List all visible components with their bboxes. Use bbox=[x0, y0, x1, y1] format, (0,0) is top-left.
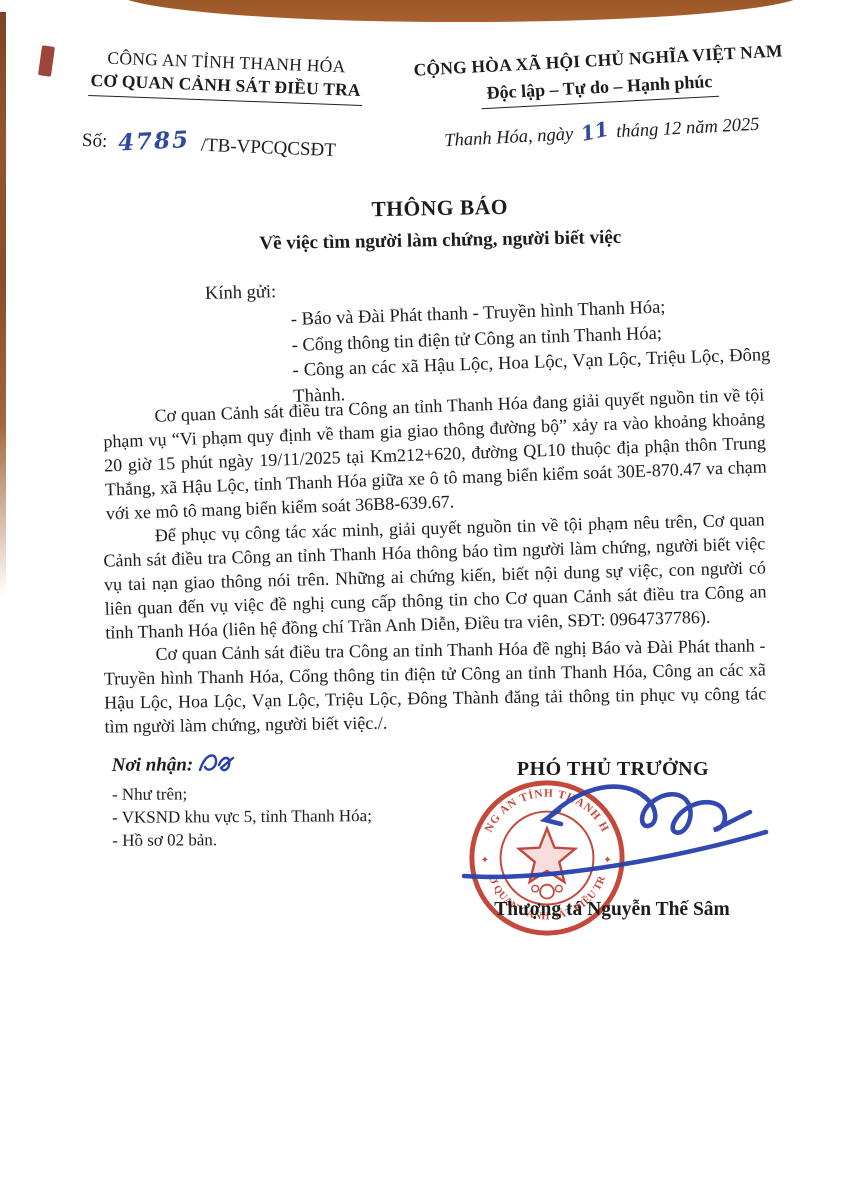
agency-header: CÔNG AN TỈNH THANH HÓA CƠ QUAN CẢNH SÁT … bbox=[57, 46, 395, 107]
paragraph: Cơ quan Cảnh sát điều tra Công an tỉnh T… bbox=[102, 382, 768, 525]
paragraph: Cơ quan Cảnh sát điều tra Công an tỉnh T… bbox=[103, 633, 766, 738]
dateline-pre: Thanh Hóa, ngày bbox=[444, 124, 574, 151]
noi-nhan-label: Nơi nhận: bbox=[112, 753, 372, 777]
dateline-post: tháng 12 năm 2025 bbox=[616, 115, 760, 142]
doc-number-handwritten: 4785 bbox=[112, 126, 197, 157]
noi-nhan-list: - Như trên; - VKSND khu vực 5, tỉnh Than… bbox=[112, 781, 372, 852]
dateline: Thanh Hóa, ngày 11 tháng 12 năm 2025 bbox=[383, 108, 820, 156]
signature-scribble-icon bbox=[352, 760, 782, 880]
doc-number-label: Số: bbox=[82, 130, 108, 152]
noi-nhan-item: - VKSND khu vực 5, tỉnh Thanh Hóa; bbox=[112, 804, 372, 829]
document-body: Cơ quan Cảnh sát điều tra Công an tỉnh T… bbox=[104, 394, 766, 734]
noi-nhan-item: - Như trên; bbox=[112, 781, 372, 806]
photo-backdrop-left-strip bbox=[0, 12, 6, 597]
photo-backdrop-top bbox=[116, 0, 806, 22]
noi-nhan-block: Nơi nhận: - Như trên; - VKSND khu vực 5,… bbox=[112, 753, 372, 852]
national-motto: Độc lập – Tự do – Hạnh phúc bbox=[480, 71, 719, 109]
signer-name: Thượng tá Nguyễn Thế Sâm bbox=[452, 899, 772, 921]
doc-number-line: Số: 4785 /TB-VPCQCSĐT bbox=[82, 125, 337, 162]
paragraph: Để phục vụ công tác xác minh, giải quyết… bbox=[103, 507, 768, 644]
noi-nhan-item: - Hồ sơ 02 bản. bbox=[112, 827, 372, 852]
document-subtitle: Về việc tìm người làm chứng, người biết … bbox=[100, 224, 780, 258]
title-block: THÔNG BÁO Về việc tìm người làm chứng, n… bbox=[100, 190, 781, 258]
national-header: CỘNG HÒA XÃ HỘI CHỦ NGHĨA VIỆT NAM Độc l… bbox=[380, 39, 820, 156]
dateline-day-handwritten: 11 bbox=[576, 116, 614, 147]
salutation: Kính gửi: bbox=[205, 282, 277, 305]
red-edge-mark bbox=[38, 45, 55, 77]
noi-nhan-initial-scribble-icon bbox=[196, 750, 236, 778]
scanned-document-page: CÔNG AN TỈNH THANH HÓA CƠ QUAN CẢNH SÁT … bbox=[0, 0, 844, 1200]
document-title: THÔNG BÁO bbox=[100, 190, 780, 227]
doc-number-suffix: /TB-VPCQCSĐT bbox=[200, 135, 336, 161]
